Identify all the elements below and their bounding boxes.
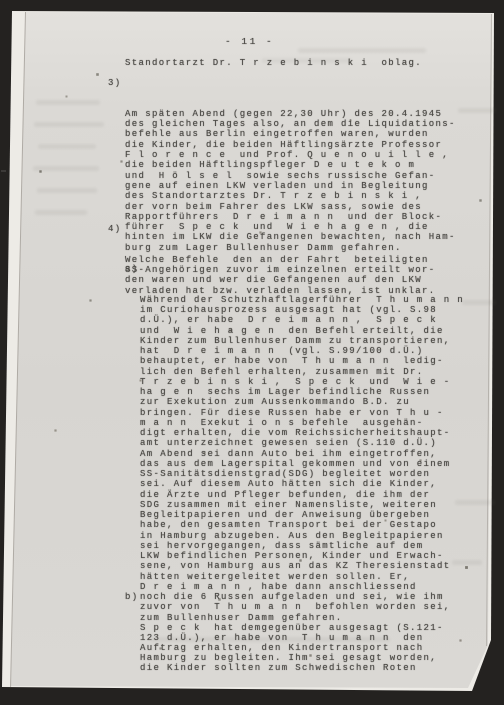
subitem-letter: b) <box>125 592 139 602</box>
scanned-document-page: - 11 - Standortarzt Dr. T r z e b i n s … <box>0 0 504 705</box>
bleedthrough-smudge <box>458 108 496 113</box>
bleedthrough-smudge <box>36 100 100 105</box>
subitem-text: S p e c k hat demgegenüber ausgesagt (S.… <box>140 623 444 674</box>
bleedthrough-smudge <box>37 188 97 193</box>
page-number: - 11 - <box>225 36 274 47</box>
bleedthrough-smudge <box>33 166 99 171</box>
bleedthrough-smudge <box>38 144 96 149</box>
margin-mark <box>1 170 6 172</box>
item-number: 3) <box>108 78 122 88</box>
bleedthrough-smudge <box>462 300 496 305</box>
lettered-subitem-a: a) Während der Schutzhaftlagerführer T h… <box>125 264 464 643</box>
heading-line: Standortarzt Dr. T r z e b i n s k i obl… <box>125 58 422 68</box>
bleedthrough-smudge <box>35 210 87 215</box>
paper-specks <box>0 0 1 1</box>
lettered-subitem-b: b) S p e c k hat demgegenüber ausgesagt … <box>125 592 444 694</box>
bleedthrough-smudge <box>34 122 104 127</box>
subitem-letter: a) <box>125 264 139 274</box>
item-number: 4) <box>108 224 122 234</box>
subitem-text: Während der Schutzhaftlagerführer T h u … <box>140 295 464 623</box>
bleedthrough-smudge <box>298 48 426 53</box>
